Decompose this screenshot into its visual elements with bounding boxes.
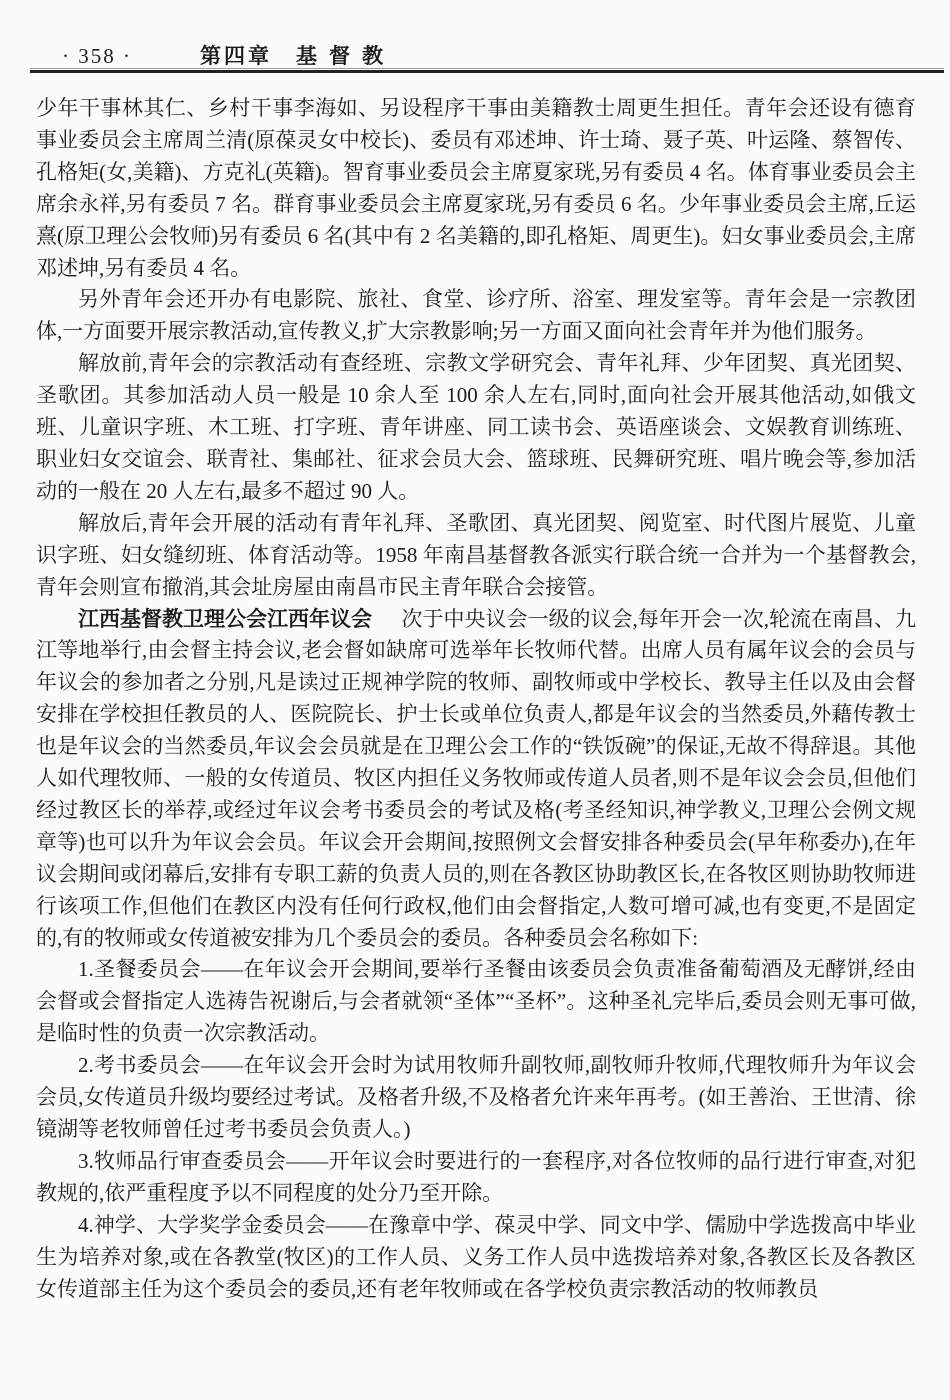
paragraph-annual-conference: 江西基督教卫理公会江西年议会次于中央议会一级的议会,每年开会一次,轮流在南昌、九… [36, 604, 916, 955]
paragraph-post-liberation: 解放后,青年会开展的活动有青年礼拜、圣歌团、真光团契、阅览室、时代图片展览、儿童… [36, 508, 916, 604]
running-header: · 358 · 第四章 基督教 [62, 40, 910, 70]
body-text: 少年干事林其仁、乡村干事李海如、另设程序干事由美籍教士周更生担任。青年会还设有德… [36, 93, 916, 1305]
paragraph-ymca-services: 另外青年会还开办有电影院、旅社、食堂、诊疗所、浴室、理发室等。青年会是一宗教团体… [36, 284, 916, 348]
entry-heading: 江西基督教卫理公会江西年议会 [78, 607, 372, 631]
paragraph-committee-3: 3.牧师品行审查委员会——开年议会时要进行的一套程序,对各位牧师的品行进行审查,… [36, 1146, 916, 1210]
chapter-number: 第四章 [200, 40, 272, 70]
chapter-title: 基督教 [296, 40, 395, 70]
entry-body: 次于中央议会一级的议会,每年开会一次,轮流在南昌、九江等地举行,由会督主持会议,… [36, 607, 916, 950]
paragraph-committee-4: 4.神学、大学奖学金委员会——在豫章中学、葆灵中学、同文中学、儒励中学选拨高中毕… [36, 1210, 916, 1306]
header-rule [30, 68, 944, 73]
book-page: · 358 · 第四章 基督教 少年干事林其仁、乡村干事李海如、另设程序干事由美… [0, 0, 950, 1400]
page-number: · 358 · [62, 44, 132, 69]
paragraph-continuation: 少年干事林其仁、乡村干事李海如、另设程序干事由美籍教士周更生担任。青年会还设有德… [36, 93, 916, 284]
paragraph-pre-liberation: 解放前,青年会的宗教活动有查经班、宗教文学研究会、青年礼拜、少年团契、真光团契、… [36, 348, 916, 508]
paragraph-committee-1: 1.圣餐委员会——在年议会开会期间,要举行圣餐由该委员会负责准备葡萄酒及无酵饼,… [36, 954, 916, 1050]
paragraph-committee-2: 2.考书委员会——在年议会开会时为试用牧师升副牧师,副牧师升牧师,代理牧师升为年… [36, 1050, 916, 1146]
